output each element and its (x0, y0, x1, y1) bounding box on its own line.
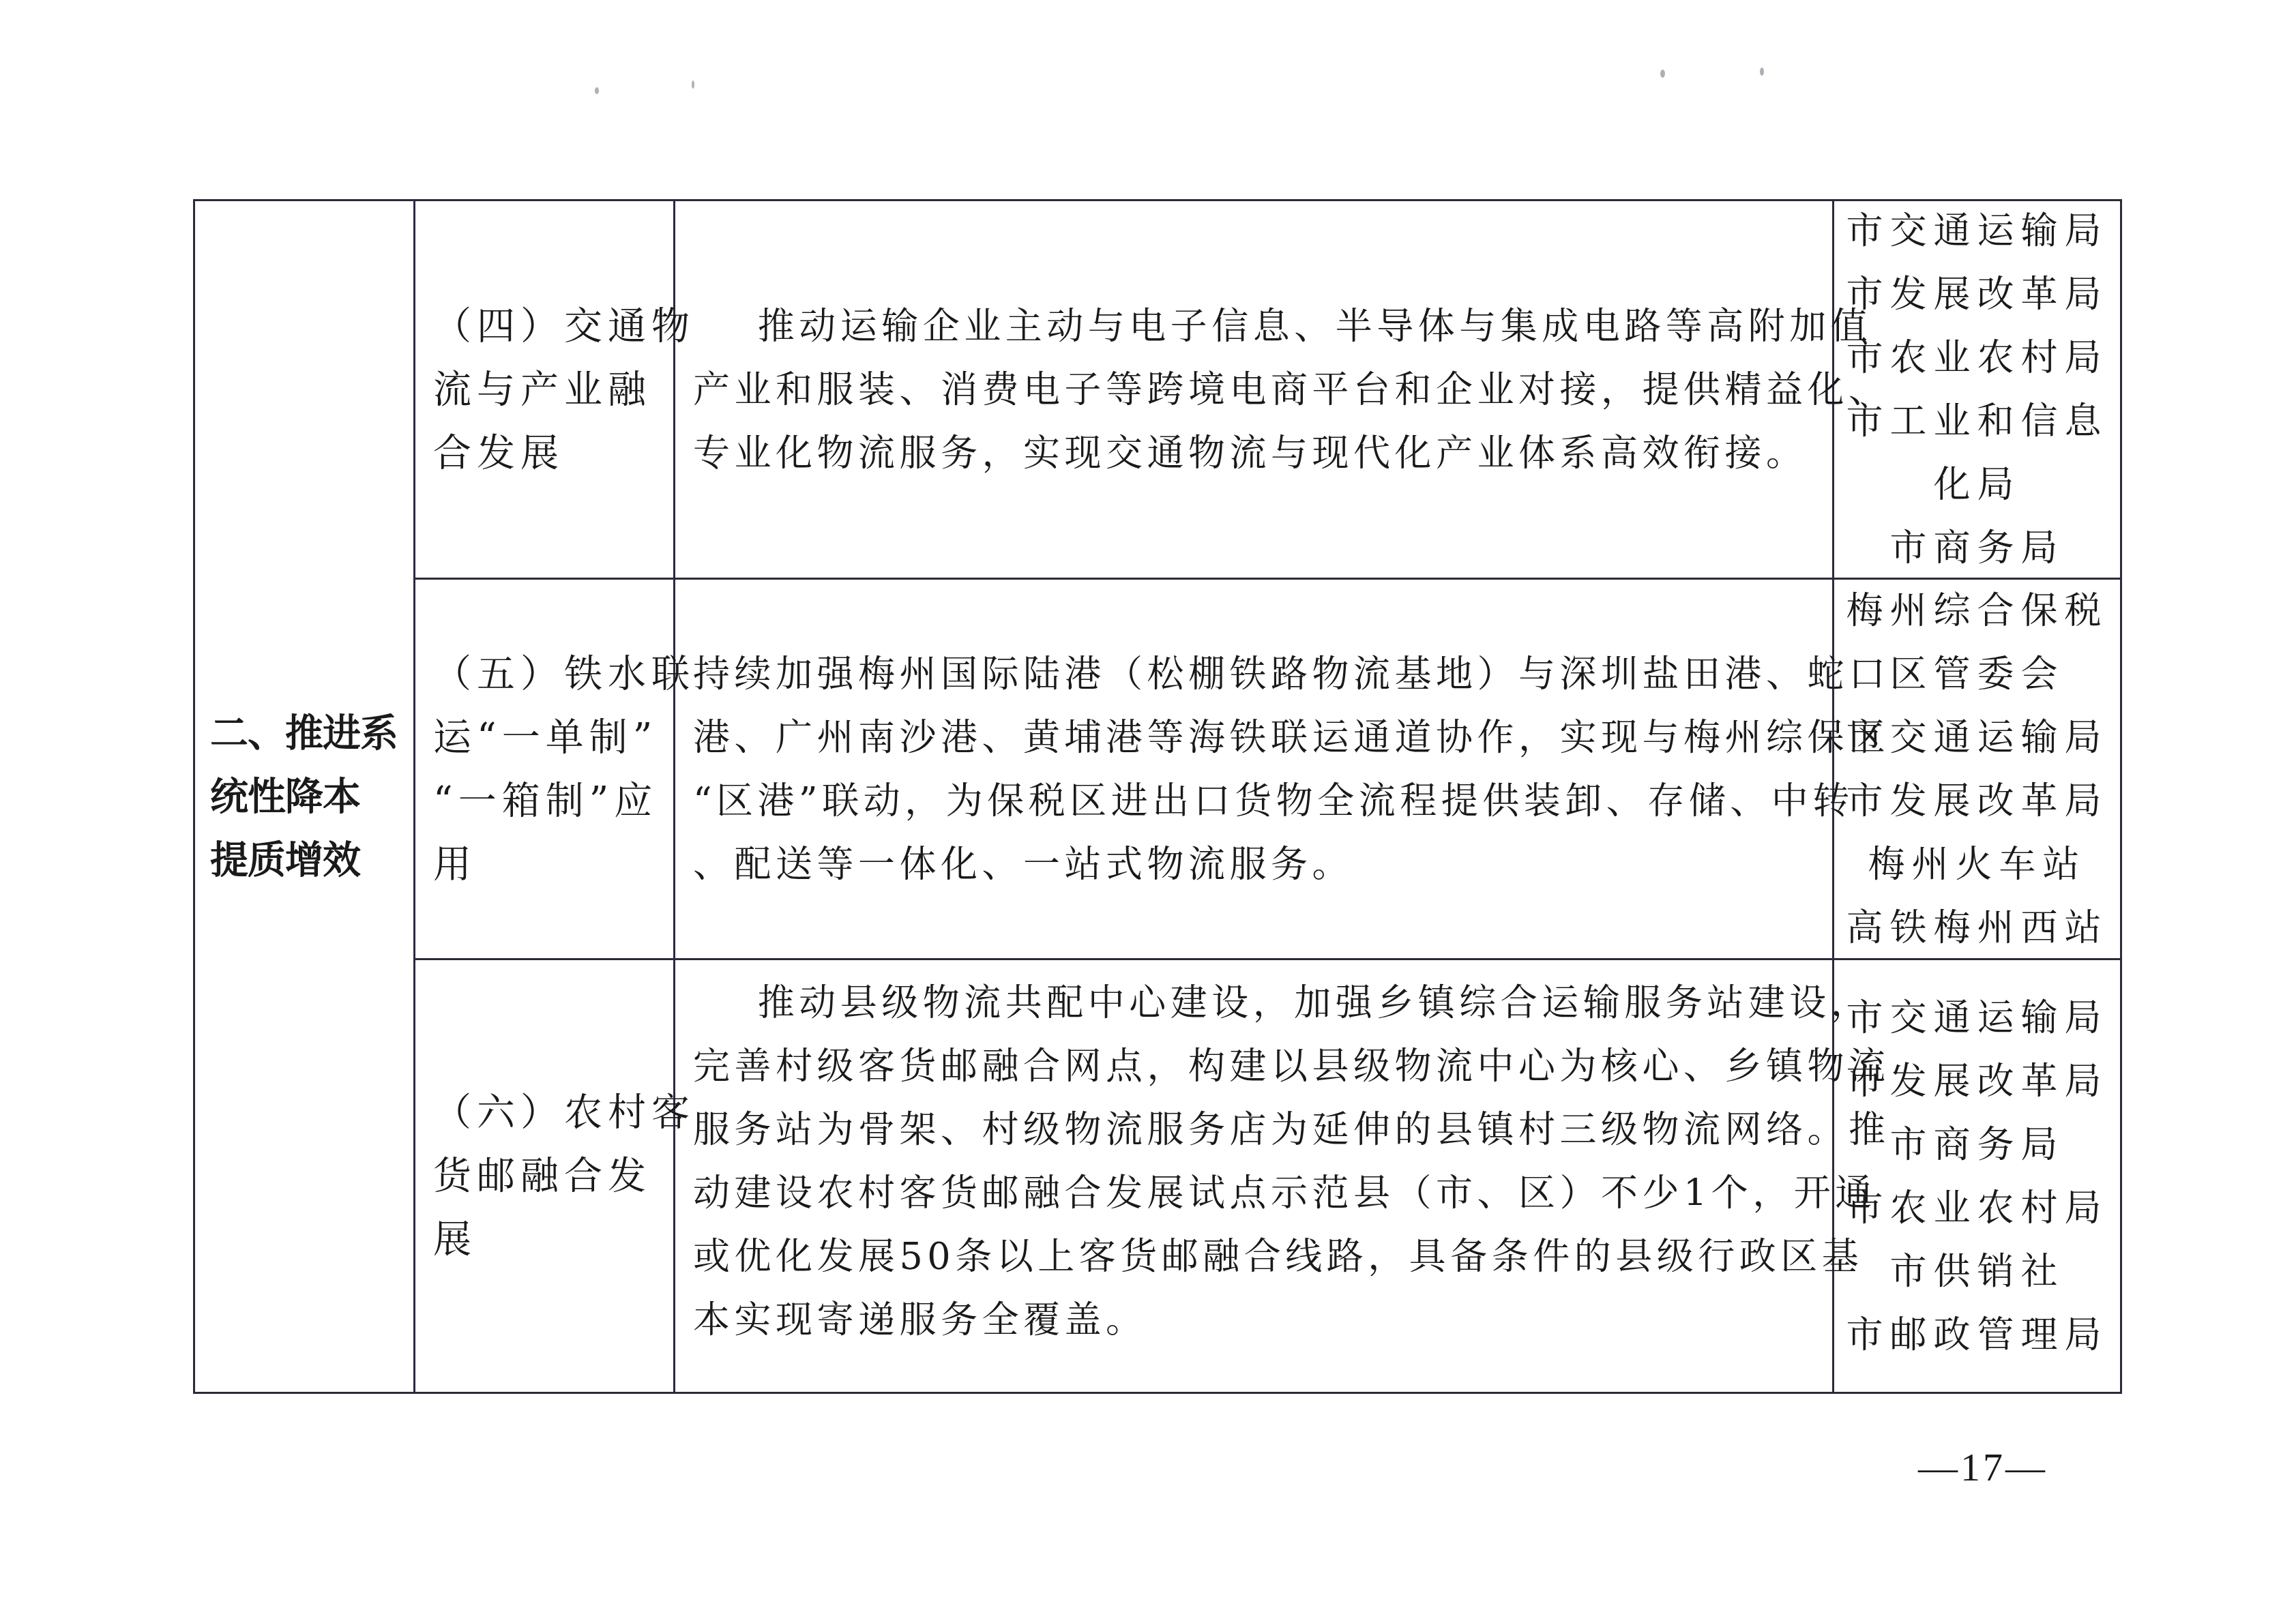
description-line: 完善村级客货邮融合网点，构建以县级物流中心为核心、乡镇物流 (693, 1034, 1832, 1098)
category-line: 二、推进系 (210, 702, 413, 765)
scan-mark (1760, 68, 1764, 76)
task-title-line: （四）交通物 (433, 295, 673, 358)
category-line: 提质增效 (210, 829, 413, 892)
department: 市交通运输局 (1834, 199, 2120, 263)
task-title-cell: （五）铁水联 运“一单制” “一箱制”应 用 (415, 580, 673, 958)
department: 市邮政管理局 (1834, 1303, 2120, 1367)
department: 市商务局 (1834, 516, 2120, 580)
task-table: 二、推进系 统性降本 提质增效 （四）交通物 流与产业融 合发展 推动运输企业主… (193, 199, 2122, 1394)
department: 化局 (1834, 453, 2120, 516)
category-line: 统性降本 (210, 765, 413, 829)
department: 区管委会 (1834, 642, 2120, 706)
scan-mark (692, 80, 694, 89)
task-title-line: 展 (433, 1208, 673, 1271)
department: 市工业和信息 (1834, 389, 2120, 453)
department: 高铁梅州西站 (1834, 896, 2120, 959)
department: 市农业农村局 (1834, 1176, 2120, 1240)
description-line: 港、广州南沙港、黄埔港等海铁联运通道协作，实现与梅州综保区 (693, 706, 1832, 769)
responsible-units-cell: 梅州综合保税 区管委会 市交通运输局 市发展改革局 梅州火车站 高铁梅州西站 (1834, 580, 2120, 958)
description-line: 专业化物流服务，实现交通物流与现代化产业体系高效衔接。 (693, 421, 1832, 485)
category-cell: 二、推进系 统性降本 提质增效 (195, 201, 413, 1392)
task-title-line: （五）铁水联 (433, 642, 673, 706)
description-line: 推动县级物流共配中心建设，加强乡镇综合运输服务站建设， (693, 971, 1832, 1034)
department: 市发展改革局 (1834, 263, 2120, 326)
description-line: 、配送等一体化、一站式物流服务。 (693, 833, 1832, 896)
description-line: “区港”联动，为保税区进出口货物全流程提供装卸、存储、中转 (693, 769, 1832, 833)
responsible-units-cell: 市交通运输局 市发展改革局 市农业农村局 市工业和信息 化局 市商务局 (1834, 201, 2120, 578)
department: 梅州综合保税 (1834, 579, 2120, 642)
task-title-line: 用 (433, 833, 673, 896)
task-title-line: （六）农村客 (433, 1081, 673, 1144)
scan-mark (595, 87, 599, 94)
department: 市供销社 (1834, 1240, 2120, 1303)
department: 市农业农村局 (1834, 326, 2120, 389)
responsible-units-cell: 市交通运输局 市发展改革局 市商务局 市农业农村局 市供销社 市邮政管理局 (1834, 960, 2120, 1392)
description-line: 或优化发展50条以上客货邮融合线路，具备条件的县级行政区基 (693, 1225, 1832, 1288)
page-number: —17— (1918, 1444, 2048, 1490)
description-line: 推动运输企业主动与电子信息、半导体与集成电路等高附加值 (693, 295, 1832, 358)
task-title-line: 流与产业融 (433, 358, 673, 421)
scan-mark (1660, 70, 1665, 78)
department: 市交通运输局 (1834, 706, 2120, 769)
task-title-line: 合发展 (433, 421, 673, 485)
task-title-cell: （六）农村客 货邮融合发 展 (415, 960, 673, 1392)
task-title-cell: （四）交通物 流与产业融 合发展 (415, 201, 673, 578)
department: 市发展改革局 (1834, 1049, 2120, 1113)
description-line: 动建设农村客货邮融合发展试点示范县（市、区）不少1个，开通 (693, 1161, 1832, 1225)
description-line: 本实现寄递服务全覆盖。 (693, 1288, 1832, 1352)
task-description-cell: 推动运输企业主动与电子信息、半导体与集成电路等高附加值 产业和服装、消费电子等跨… (675, 201, 1832, 578)
task-title-line: 货邮融合发 (433, 1144, 673, 1208)
description-line: 服务站为骨架、村级物流服务店为延伸的县镇村三级物流网络。推 (693, 1098, 1832, 1161)
task-title-line: “一箱制”应 (433, 769, 673, 833)
department: 市商务局 (1834, 1113, 2120, 1176)
description-line: 产业和服装、消费电子等跨境电商平台和企业对接，提供精益化、 (693, 358, 1832, 421)
description-line: 持续加强梅州国际陆港（松棚铁路物流基地）与深圳盐田港、蛇口 (693, 642, 1832, 706)
department: 市交通运输局 (1834, 986, 2120, 1049)
task-description-cell: 推动县级物流共配中心建设，加强乡镇综合运输服务站建设， 完善村级客货邮融合网点，… (675, 960, 1832, 1392)
task-description-cell: 持续加强梅州国际陆港（松棚铁路物流基地）与深圳盐田港、蛇口 港、广州南沙港、黄埔… (675, 580, 1832, 958)
department: 梅州火车站 (1834, 833, 2120, 896)
department: 市发展改革局 (1834, 769, 2120, 833)
task-title-line: 运“一单制” (433, 706, 673, 769)
